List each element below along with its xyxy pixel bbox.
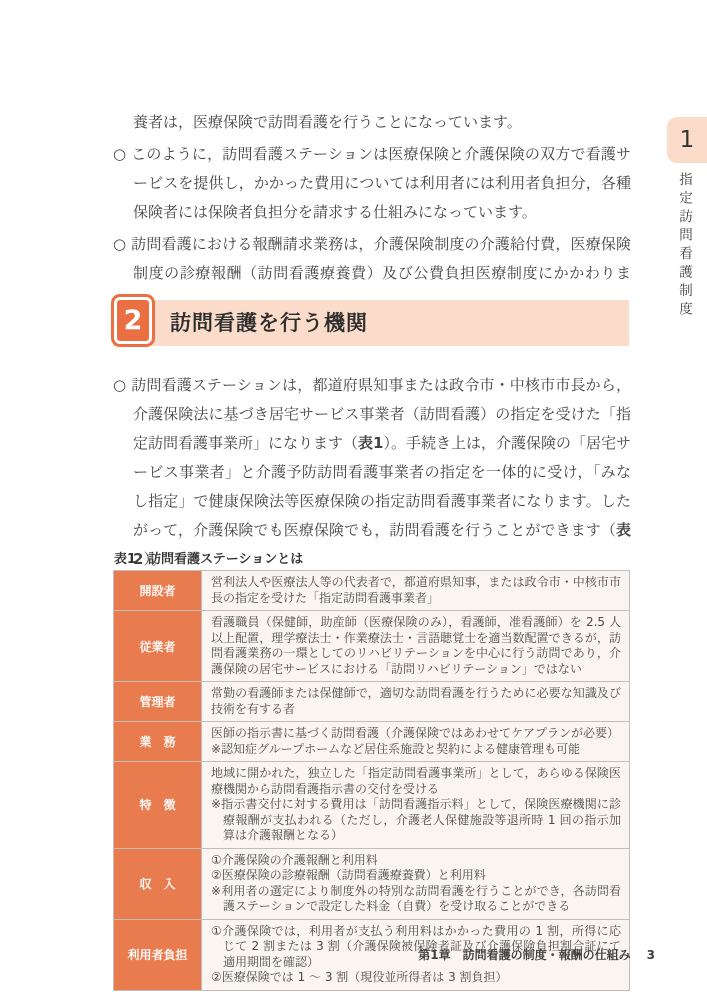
chapter-vertical-label: 指定訪問看護制度 xyxy=(674,172,694,320)
row-content-cell: ①介護保険の介護報酬と利用料②医療保険の診療報酬（訪問看護療養費）と利用料※利用… xyxy=(202,848,630,919)
table-row: 開設者営利法人や医療法人等の代表者で，都道府県知事，または政令市・中核市市長の指… xyxy=(114,571,630,611)
row-header-cell: 収 入 xyxy=(114,848,202,919)
footer-page-number: 3 xyxy=(647,948,655,962)
row-header-cell: 開設者 xyxy=(114,571,202,611)
row-header-cell: 管理者 xyxy=(114,682,202,722)
section-heading-bar: 2 訪問看護を行う機関 xyxy=(113,300,629,346)
table-row: 管理者常勤の看護師または保健師で，適切な訪問看護を行うために必要な知識及び技術を… xyxy=(114,682,630,722)
table-caption: 表1訪問看護ステーションとは xyxy=(114,548,303,567)
table-1: 開設者営利法人や医療法人等の代表者で，都道府県知事，または政令市・中核市市長の指… xyxy=(113,570,630,991)
cell-text-line: 常勤の看護師または保健師で，適切な訪問看護を行うために必要な知識及び技術を有する… xyxy=(211,686,621,717)
table-1-body: 開設者営利法人や医療法人等の代表者で，都道府県知事，または政令市・中核市市長の指… xyxy=(114,571,630,991)
paragraph: 養者は，医療保険で訪問看護を行うことになっています。 xyxy=(113,108,631,137)
cell-text-line: ①介護保険の介護報酬と利用料 xyxy=(211,853,621,869)
row-header-cell: 利用者負担 xyxy=(114,919,202,990)
cell-text-line: ※指示書交付に対する費用は「訪問看護指示料」として，保険医療機関に診療報酬が支払… xyxy=(211,797,621,844)
table-caption-text: 訪問看護ステーションとは xyxy=(148,552,303,567)
section-number: 2 xyxy=(124,305,143,336)
paragraph: ○ このように，訪問看護ステーションは医療保険と介護保険の双方で看護サービスを提… xyxy=(113,140,631,227)
page-footer: 第1章 訪問看護の制度・報酬の仕組み3 xyxy=(418,946,655,963)
cell-text-line: 営利法人や医療法人等の代表者で，都道府県知事，または政令市・中核市市長の指定を受… xyxy=(211,575,621,606)
footer-chapter-title: 第1章 訪問看護の制度・報酬の仕組み xyxy=(418,948,630,962)
cell-text-line: 医師の指示書に基づく訪問看護（介護保険ではあわせてケアプランが必要） xyxy=(211,726,621,742)
row-header-cell: 業 務 xyxy=(114,722,202,762)
bullet-circle: ○ xyxy=(113,145,131,163)
bullet-circle: ○ xyxy=(113,376,131,394)
intro-paragraphs: 養者は，医療保険で訪問看護を行うことになっています。○ このように，訪問看護ステ… xyxy=(113,108,631,320)
table-row: 特 徴地域に開かれた，独立した「指定訪問看護事業所」として，あらゆる保険医療機関… xyxy=(114,762,630,849)
row-content-cell: 営利法人や医療法人等の代表者で，都道府県知事，または政令市・中核市市長の指定を受… xyxy=(202,571,630,611)
cell-text-line: ※認知症グループホームなど居住系施設と契約による健康管理も可能 xyxy=(211,742,621,758)
chapter-tab-number: 1 xyxy=(680,127,695,153)
table-caption-label: 表1 xyxy=(114,552,136,567)
text-run: このように，訪問看護ステーションは医療保険と介護保険の双方で看護サービスを提供し… xyxy=(131,145,631,221)
text-run: 養者は，医療保険で訪問看護を行うことになっています。 xyxy=(133,113,522,131)
document-page: 養者は，医療保険で訪問看護を行うことになっています。○ このように，訪問看護ステ… xyxy=(0,0,707,1000)
section-number-badge: 2 xyxy=(114,297,152,344)
row-content-cell: 看護職員（保健師，助産師（医療保険のみ），看護師，准看護師）を 2.5 人以上配… xyxy=(202,611,630,682)
cell-text-line: ②医療保険の診療報酬（訪問看護療養費）と利用料 xyxy=(211,868,621,884)
section-title: 訪問看護を行う機関 xyxy=(170,300,368,346)
cell-text-line: 看護職員（保健師，助産師（医療保険のみ），看護師，准看護師）を 2.5 人以上配… xyxy=(211,615,621,677)
row-header-cell: 特 徴 xyxy=(114,762,202,849)
bullet-circle: ○ xyxy=(113,235,131,253)
row-content-cell: 医師の指示書に基づく訪問看護（介護保険ではあわせてケアプランが必要）※認知症グル… xyxy=(202,722,630,762)
cell-text-line: ②医療保険では 1 ～ 3 割（現役並所得者は 3 割負担） xyxy=(211,970,621,986)
row-header-cell: 従業者 xyxy=(114,611,202,682)
row-content-cell: 地域に開かれた，独立した「指定訪問看護事業所」として，あらゆる保険医療機関から訪… xyxy=(202,762,630,849)
table-row: 従業者看護職員（保健師，助産師（医療保険のみ），看護師，准看護師）を 2.5 人… xyxy=(114,611,630,682)
table-row: 収 入①介護保険の介護報酬と利用料②医療保険の診療報酬（訪問看護療養費）と利用料… xyxy=(114,848,630,919)
table-row: 業 務医師の指示書に基づく訪問看護（介護保険ではあわせてケアプランが必要）※認知… xyxy=(114,722,630,762)
cell-text-line: ※利用者の選定により制度外の特別な訪問看護を行うことができ，各訪問看護ステーショ… xyxy=(211,884,621,915)
cell-text-line: 地域に開かれた，独立した「指定訪問看護事業所」として，あらゆる保険医療機関から訪… xyxy=(211,766,621,797)
bold-text-run: 表1 xyxy=(358,434,383,452)
section-paragraphs: ○ 訪問看護ステーションは，都道府県知事または政令市・中核市市長から，介護保険法… xyxy=(113,371,631,577)
chapter-tab: 1 xyxy=(667,117,707,163)
row-content-cell: 常勤の看護師または保健師で，適切な訪問看護を行うために必要な知識及び技術を有する… xyxy=(202,682,630,722)
paragraph: ○ 訪問看護ステーションは，都道府県知事または政令市・中核市市長から，介護保険法… xyxy=(113,371,631,574)
